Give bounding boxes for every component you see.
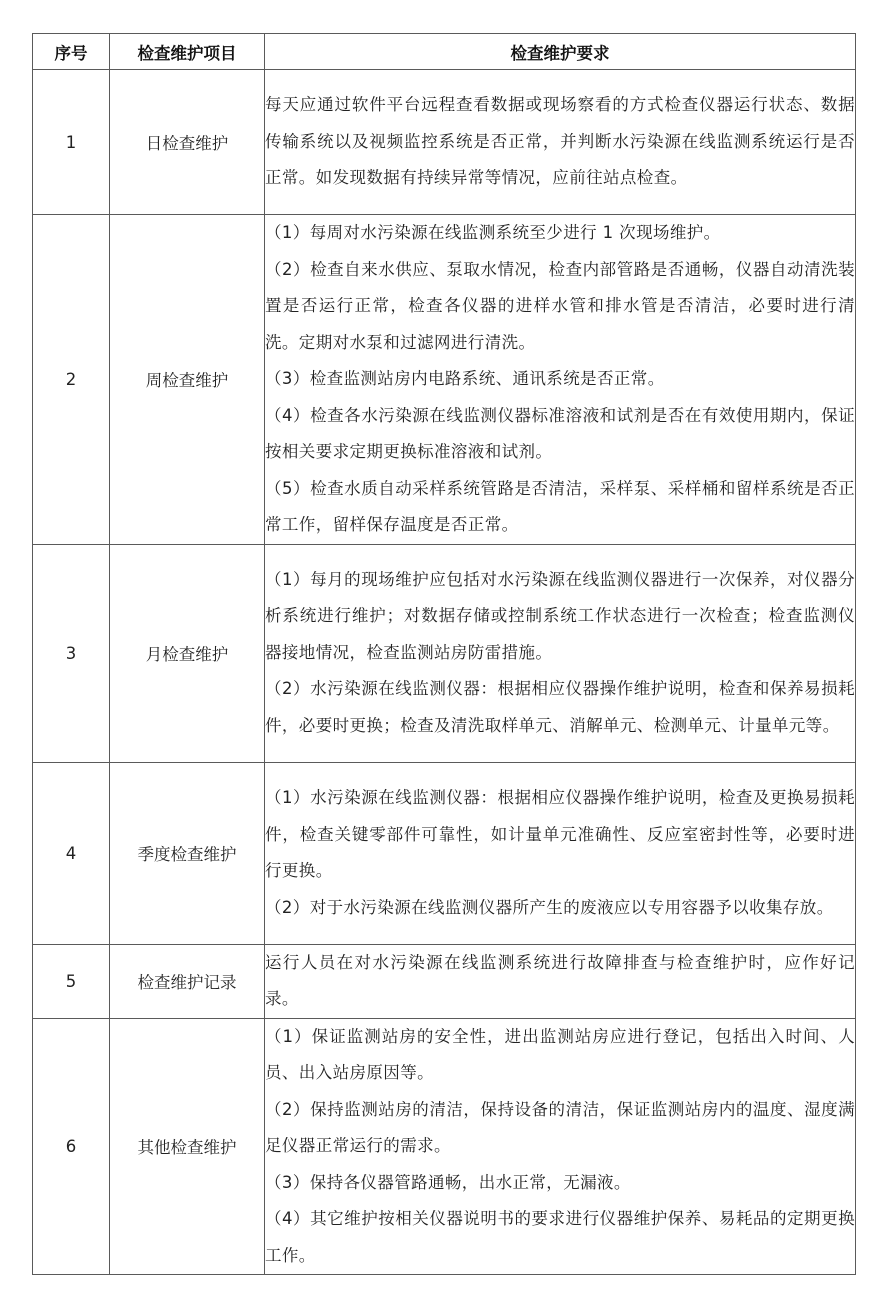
requirement-text: （4）检查各水污染源在线监测仪器标准溶液和试剂是否在有效使用期内，保证按相关要求… <box>265 398 855 471</box>
row-number: 2 <box>33 215 110 545</box>
table-row: 5 检查维护记录 运行人员在对水污染源在线监测系统进行故障排查与检查维护时，应作… <box>33 944 856 1018</box>
row-item: 其他检查维护 <box>110 1018 265 1275</box>
header-item: 检查维护项目 <box>110 34 265 70</box>
table-row: 4 季度检查维护 （1）水污染源在线监测仪器：根据相应仪器操作维护说明，检查及更… <box>33 762 856 944</box>
requirement-text: （1）保证监测站房的安全性，进出监测站房应进行登记，包括出入时间、人员、出入站房… <box>265 1019 855 1092</box>
requirement-text: （3）保持各仪器管路通畅，出水正常，无漏液。 <box>265 1165 855 1202</box>
row-item: 周检查维护 <box>110 215 265 545</box>
requirement-text: （2）水污染源在线监测仪器：根据相应仪器操作维护说明，检查和保养易损耗件，必要时… <box>265 671 855 744</box>
table-row: 6 其他检查维护 （1）保证监测站房的安全性，进出监测站房应进行登记，包括出入时… <box>33 1018 856 1275</box>
requirement-text: 每天应通过软件平台远程查看数据或现场察看的方式检查仪器运行状态、数据传输系统以及… <box>265 87 855 197</box>
requirement-text: （1）每月的现场维护应包括对水污染源在线监测仪器进行一次保养，对仪器分析系统进行… <box>265 562 855 672</box>
row-item: 月检查维护 <box>110 544 265 762</box>
requirement-text: （2）检查自来水供应、泵取水情况，检查内部管路是否通畅，仪器自动清洗装置是否运行… <box>265 252 855 362</box>
header-serial-no: 序号 <box>33 34 110 70</box>
requirement-text: 运行人员在对水污染源在线监测系统进行故障排查与检查维护时，应作好记录。 <box>265 945 855 1018</box>
row-requirements: （1）每周对水污染源在线监测系统至少进行 1 次现场维护。 （2）检查自来水供应… <box>265 215 856 545</box>
row-number: 1 <box>33 70 110 215</box>
table-row: 1 日检查维护 每天应通过软件平台远程查看数据或现场察看的方式检查仪器运行状态、… <box>33 70 856 215</box>
row-requirements: （1）保证监测站房的安全性，进出监测站房应进行登记，包括出入时间、人员、出入站房… <box>265 1018 856 1275</box>
requirement-text: （2）对于水污染源在线监测仪器所产生的废液应以专用容器予以收集存放。 <box>265 890 855 927</box>
row-requirements: 运行人员在对水污染源在线监测系统进行故障排查与检查维护时，应作好记录。 <box>265 944 856 1018</box>
row-number: 6 <box>33 1018 110 1275</box>
row-number: 5 <box>33 944 110 1018</box>
requirement-text: （1）水污染源在线监测仪器：根据相应仪器操作维护说明，检查及更换易损耗件，检查关… <box>265 780 855 890</box>
row-requirements: （1）水污染源在线监测仪器：根据相应仪器操作维护说明，检查及更换易损耗件，检查关… <box>265 762 856 944</box>
row-requirements: 每天应通过软件平台远程查看数据或现场察看的方式检查仪器运行状态、数据传输系统以及… <box>265 70 856 215</box>
table-row: 3 月检查维护 （1）每月的现场维护应包括对水污染源在线监测仪器进行一次保养，对… <box>33 544 856 762</box>
header-requirements: 检查维护要求 <box>265 34 856 70</box>
requirement-text: （4）其它维护按相关仪器说明书的要求进行仪器维护保养、易耗品的定期更换工作。 <box>265 1201 855 1274</box>
row-item: 季度检查维护 <box>110 762 265 944</box>
row-item: 检查维护记录 <box>110 944 265 1018</box>
row-number: 4 <box>33 762 110 944</box>
row-requirements: （1）每月的现场维护应包括对水污染源在线监测仪器进行一次保养，对仪器分析系统进行… <box>265 544 856 762</box>
requirement-text: （3）检查监测站房内电路系统、通讯系统是否正常。 <box>265 361 855 398</box>
maintenance-requirements-table: 序号 检查维护项目 检查维护要求 1 日检查维护 每天应通过软件平台远程查看数据… <box>32 33 856 1275</box>
header-row: 序号 检查维护项目 检查维护要求 <box>33 34 856 70</box>
row-item: 日检查维护 <box>110 70 265 215</box>
requirement-text: （1）每周对水污染源在线监测系统至少进行 1 次现场维护。 <box>265 215 855 252</box>
requirement-text: （5）检查水质自动采样系统管路是否清洁，采样泵、采样桶和留样系统是否正常工作，留… <box>265 471 855 544</box>
row-number: 3 <box>33 544 110 762</box>
requirement-text: （2）保持监测站房的清洁，保持设备的清洁，保证监测站房内的温度、湿度满足仪器正常… <box>265 1092 855 1165</box>
table-row: 2 周检查维护 （1）每周对水污染源在线监测系统至少进行 1 次现场维护。 （2… <box>33 215 856 545</box>
